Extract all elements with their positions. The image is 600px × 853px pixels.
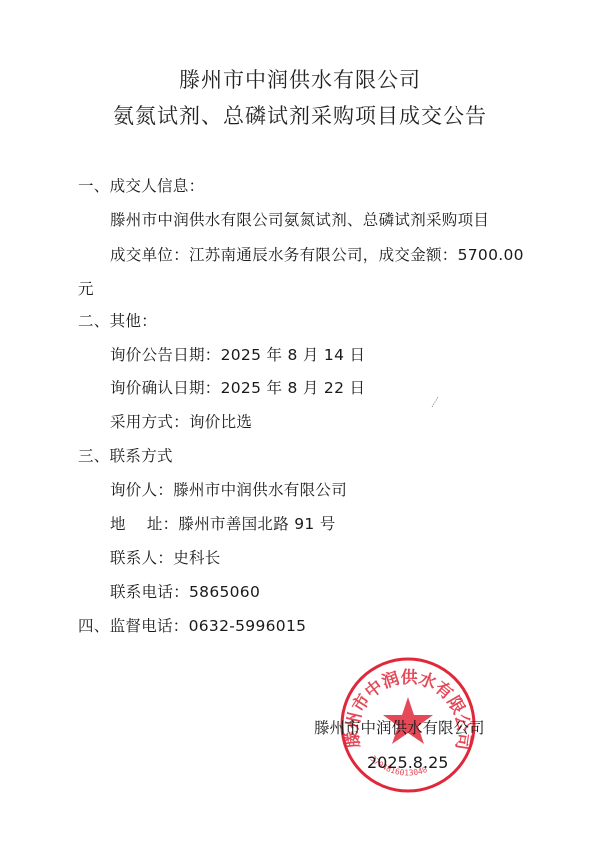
- supervision-phone: 四、监督电话：0632-5996015: [78, 614, 306, 636]
- amount-currency: 元: [78, 277, 94, 299]
- signature-date: 2025.8.25: [367, 753, 448, 772]
- confirm-date: 询价确认日期：2025 年 8 月 22 日: [110, 376, 365, 398]
- announcement-subject: 氨氮试剂、总磷试剂采购项目成交公告: [0, 100, 600, 130]
- contact-person: 联系人：史科长: [110, 546, 221, 568]
- winner-and-amount: 成交单位：江苏南通辰水务有限公司，成交金额：5700.00: [110, 243, 524, 265]
- notice-date: 询价公告日期：2025 年 8 月 14 日: [110, 343, 365, 365]
- company-title: 滕州市中润供水有限公司: [0, 64, 600, 94]
- section-2-heading: 二、其他：: [78, 309, 157, 331]
- stray-pen-mark-icon: [430, 396, 440, 408]
- project-name: 滕州市中润供水有限公司氨氮试剂、总磷试剂采购项目: [110, 208, 489, 230]
- signature-company: 滕州市中润供水有限公司: [314, 716, 485, 738]
- inquirer: 询价人：滕州市中润供水有限公司: [110, 478, 347, 500]
- section-3-heading: 三、联系方式: [78, 444, 173, 466]
- section-1-heading: 一、成交人信息：: [78, 174, 204, 196]
- contact-phone: 联系电话：5865060: [110, 580, 260, 602]
- address: 地 址：滕州市善国北路 91 号: [110, 512, 336, 534]
- procurement-method: 采用方式：询价比选: [110, 410, 252, 432]
